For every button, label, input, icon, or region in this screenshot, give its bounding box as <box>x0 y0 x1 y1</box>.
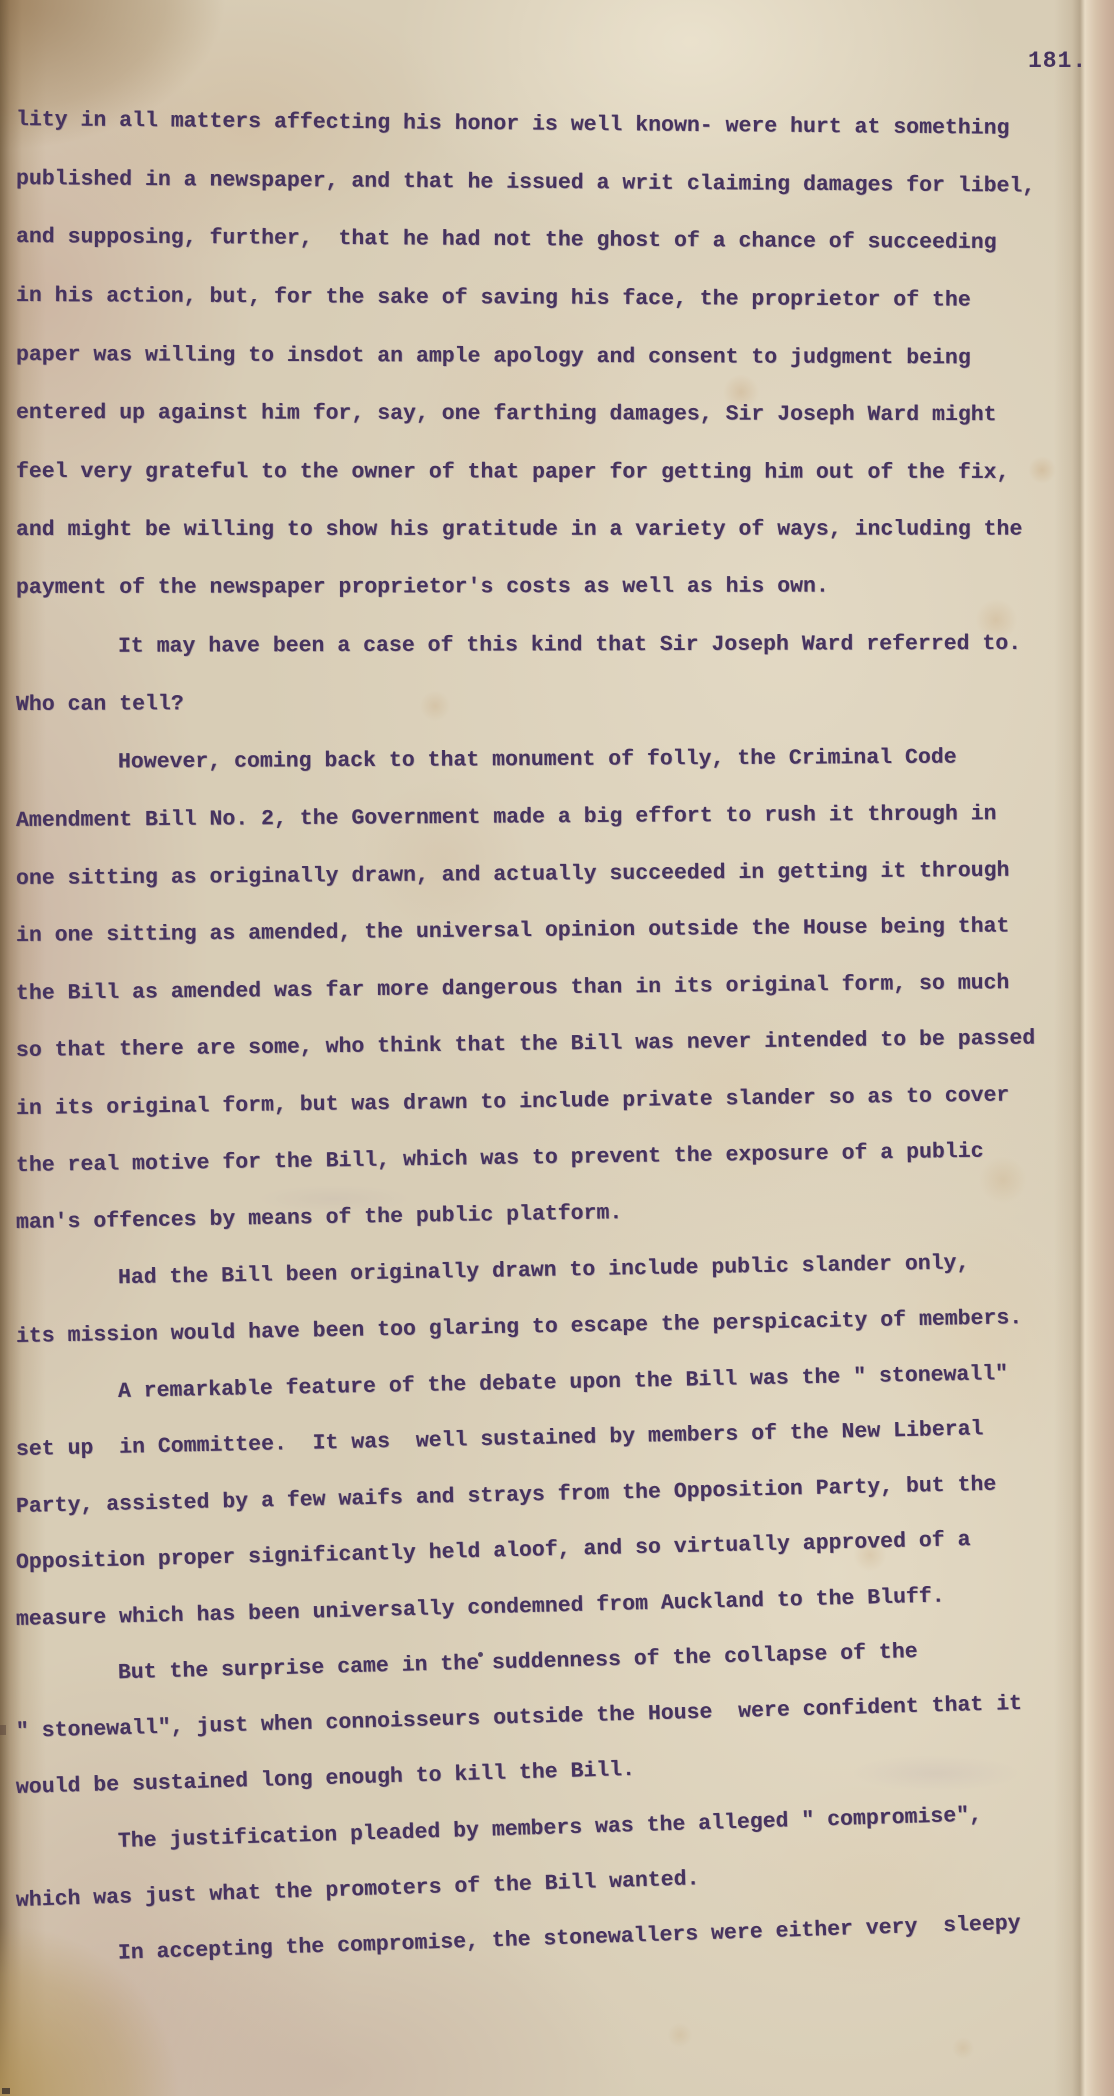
text-line: and might be willing to show his gratitu… <box>16 518 1108 542</box>
text-line: payment of the newspaper proprietor's co… <box>16 574 1108 600</box>
text-line: in one sitting as amended, the universal… <box>16 914 1108 948</box>
text-line: in his action, but, for the sake of savi… <box>16 284 1108 313</box>
text-line: which was just what the promoters of the… <box>16 1854 1108 1913</box>
text-line: entered up against him for, say, one far… <box>16 401 1108 427</box>
text-line: one sitting as originally drawn, and act… <box>16 858 1108 891</box>
text-line: Party, assisted by a few waifs and stray… <box>16 1470 1108 1519</box>
text-line: In accepting the compromise, the stonewa… <box>16 1909 1108 1969</box>
text-line: Who can tell? <box>16 688 1108 717</box>
text-line: so that there are some, who think that t… <box>16 1026 1108 1063</box>
text-line: the real motive for the Bill, which was … <box>16 1138 1108 1178</box>
text-line: Had the Bill been originally drawn to in… <box>16 1249 1108 1292</box>
text-line: and supposing, further, that he had not … <box>16 225 1108 256</box>
text-line: But the surprise came in the suddenness … <box>16 1635 1108 1688</box>
text-line: would be sustained long enough to kill t… <box>16 1744 1108 1800</box>
text-line: feel very grateful to the owner of that … <box>16 460 1108 485</box>
text-line: measure which has been universally conde… <box>16 1580 1108 1632</box>
text-line: the Bill as amended was far more dangero… <box>16 970 1108 1006</box>
text-line: published in a newspaper, and that he is… <box>16 167 1108 199</box>
text-line: paper was willing to insdot an ample apo… <box>16 343 1108 371</box>
text-line: lity in all matters affecting his honor … <box>16 108 1108 142</box>
text-line: Opposition proper significantly held alo… <box>16 1525 1108 1575</box>
text-line: It may have been a case of this kind tha… <box>16 631 1108 658</box>
text-line: set up in Committee. It was well sustain… <box>16 1415 1108 1462</box>
text-line: in its original form, but was drawn to i… <box>16 1082 1108 1121</box>
text-line: its mission would have been too glaring … <box>16 1304 1108 1348</box>
text-line: " stonewall", just when connoisseurs out… <box>16 1690 1108 1744</box>
text-line: Amendment Bill No. 2, the Government mad… <box>16 801 1108 833</box>
page-text: lity in all matters affecting his honor … <box>0 0 1114 2096</box>
text-line: man's offences by means of the public pl… <box>16 1193 1108 1235</box>
text-line: However, coming back to that monument of… <box>16 745 1108 775</box>
scanned-page: { "document": { "page_number": "181.", "… <box>0 0 1114 2096</box>
text-line: A remarkable feature of the debate upon … <box>16 1360 1108 1406</box>
text-line: The justification pleaded by members was… <box>16 1799 1108 1856</box>
